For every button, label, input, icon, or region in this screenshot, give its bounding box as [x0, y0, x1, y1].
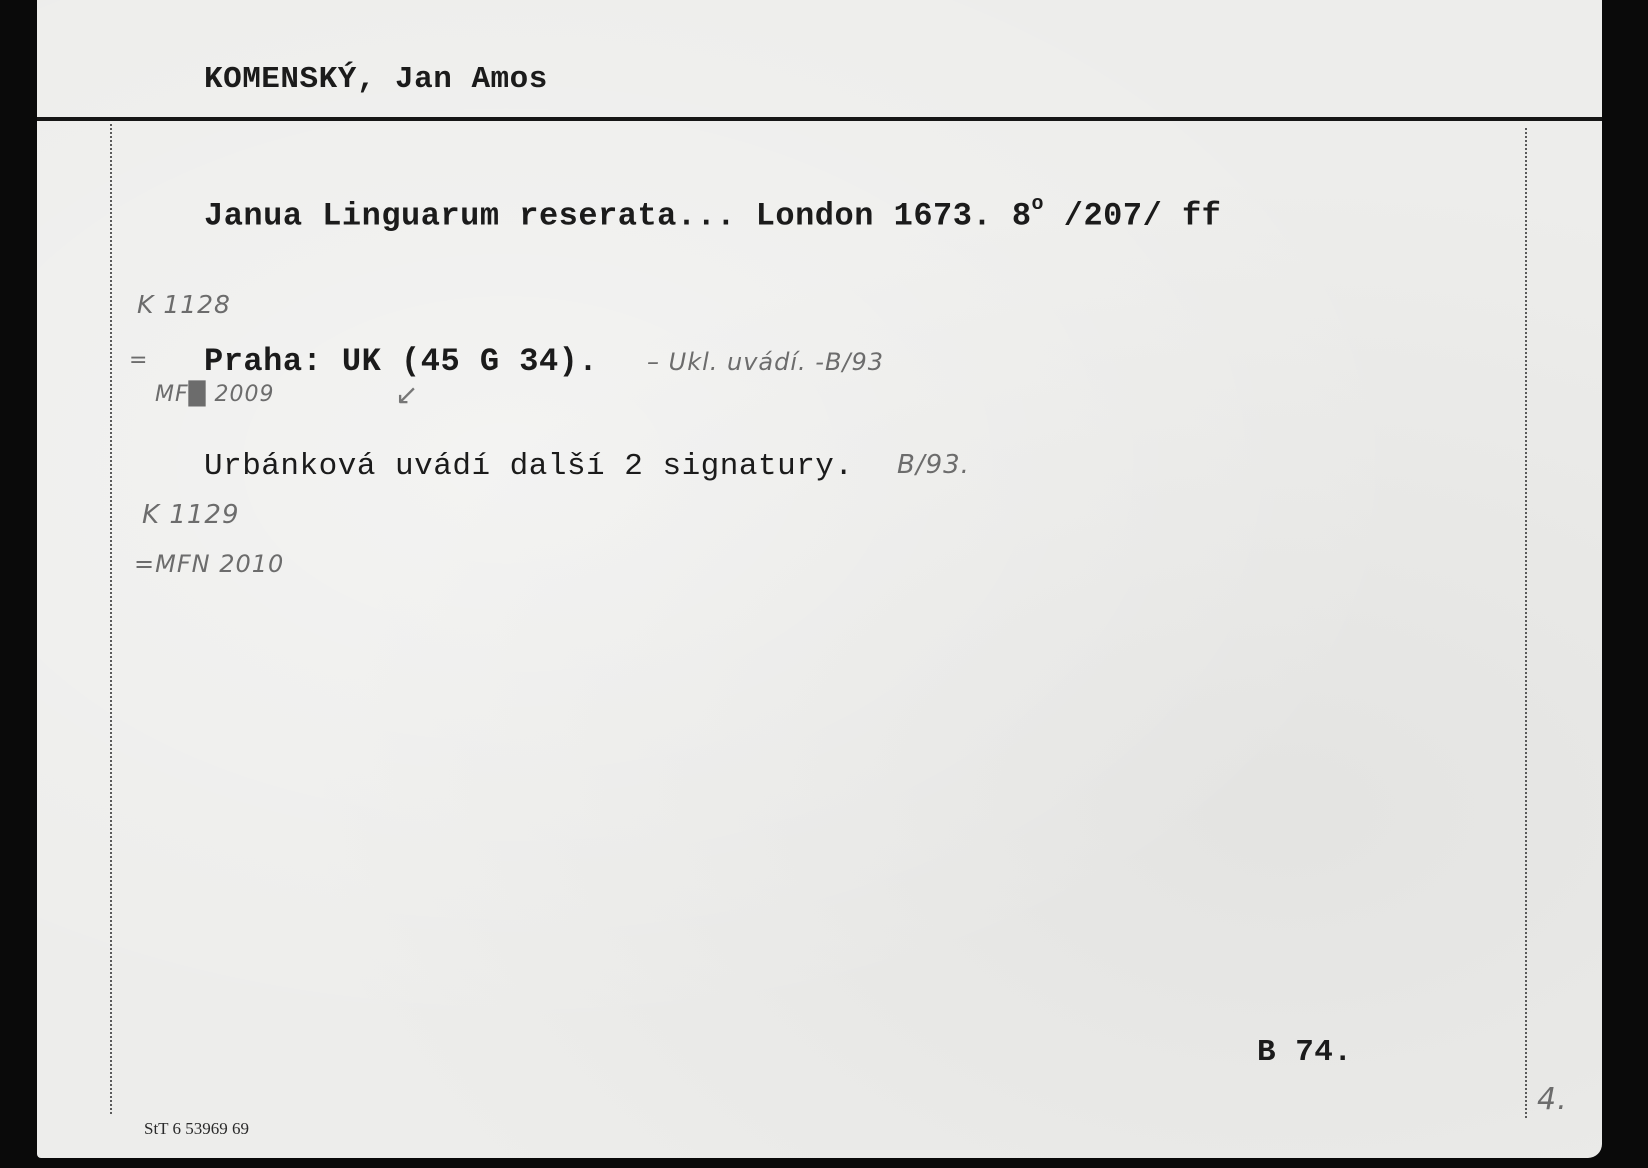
- printer-mark: StT 6 53969 69: [144, 1119, 249, 1139]
- header-rule: [37, 117, 1602, 121]
- handwritten-location-annotation: – Ukl. uvádí. -B/93: [647, 348, 884, 376]
- holding-location: Praha: UK (45 G 34).: [204, 343, 598, 380]
- handwritten-note-annotation: B/93.: [897, 450, 970, 480]
- handwritten-arrow-icon: ↙: [395, 378, 419, 411]
- title-line: Janua Linguarum reserata... London 1673.…: [204, 197, 1221, 235]
- catalog-card: KOMENSKÝ, Jan Amos Janua Linguarum reser…: [37, 0, 1602, 1158]
- right-margin-dotted-line: [1525, 128, 1527, 1118]
- shelf-mark: B 74.: [1257, 1035, 1353, 1070]
- note-line: Urbánková uvádí další 2 signatury.: [204, 449, 854, 484]
- handwritten-equals: =: [129, 348, 148, 373]
- left-margin-dotted-line: [110, 124, 112, 1114]
- handwritten-corner-number: 4.: [1537, 1082, 1568, 1117]
- collation: /207/ ff: [1044, 198, 1221, 235]
- handwritten-k1129: K 1129: [142, 500, 239, 530]
- title-text: Janua Linguarum reserata... London 1673.…: [204, 198, 1032, 235]
- card-heading-author: KOMENSKÝ, Jan Amos: [204, 62, 548, 97]
- handwritten-mfn2010: =MFN 2010: [134, 550, 284, 578]
- handwritten-mf2009: MF█ 2009: [155, 382, 275, 407]
- handwritten-k1128: K 1128: [137, 290, 231, 319]
- format-superscript: o: [1032, 193, 1045, 216]
